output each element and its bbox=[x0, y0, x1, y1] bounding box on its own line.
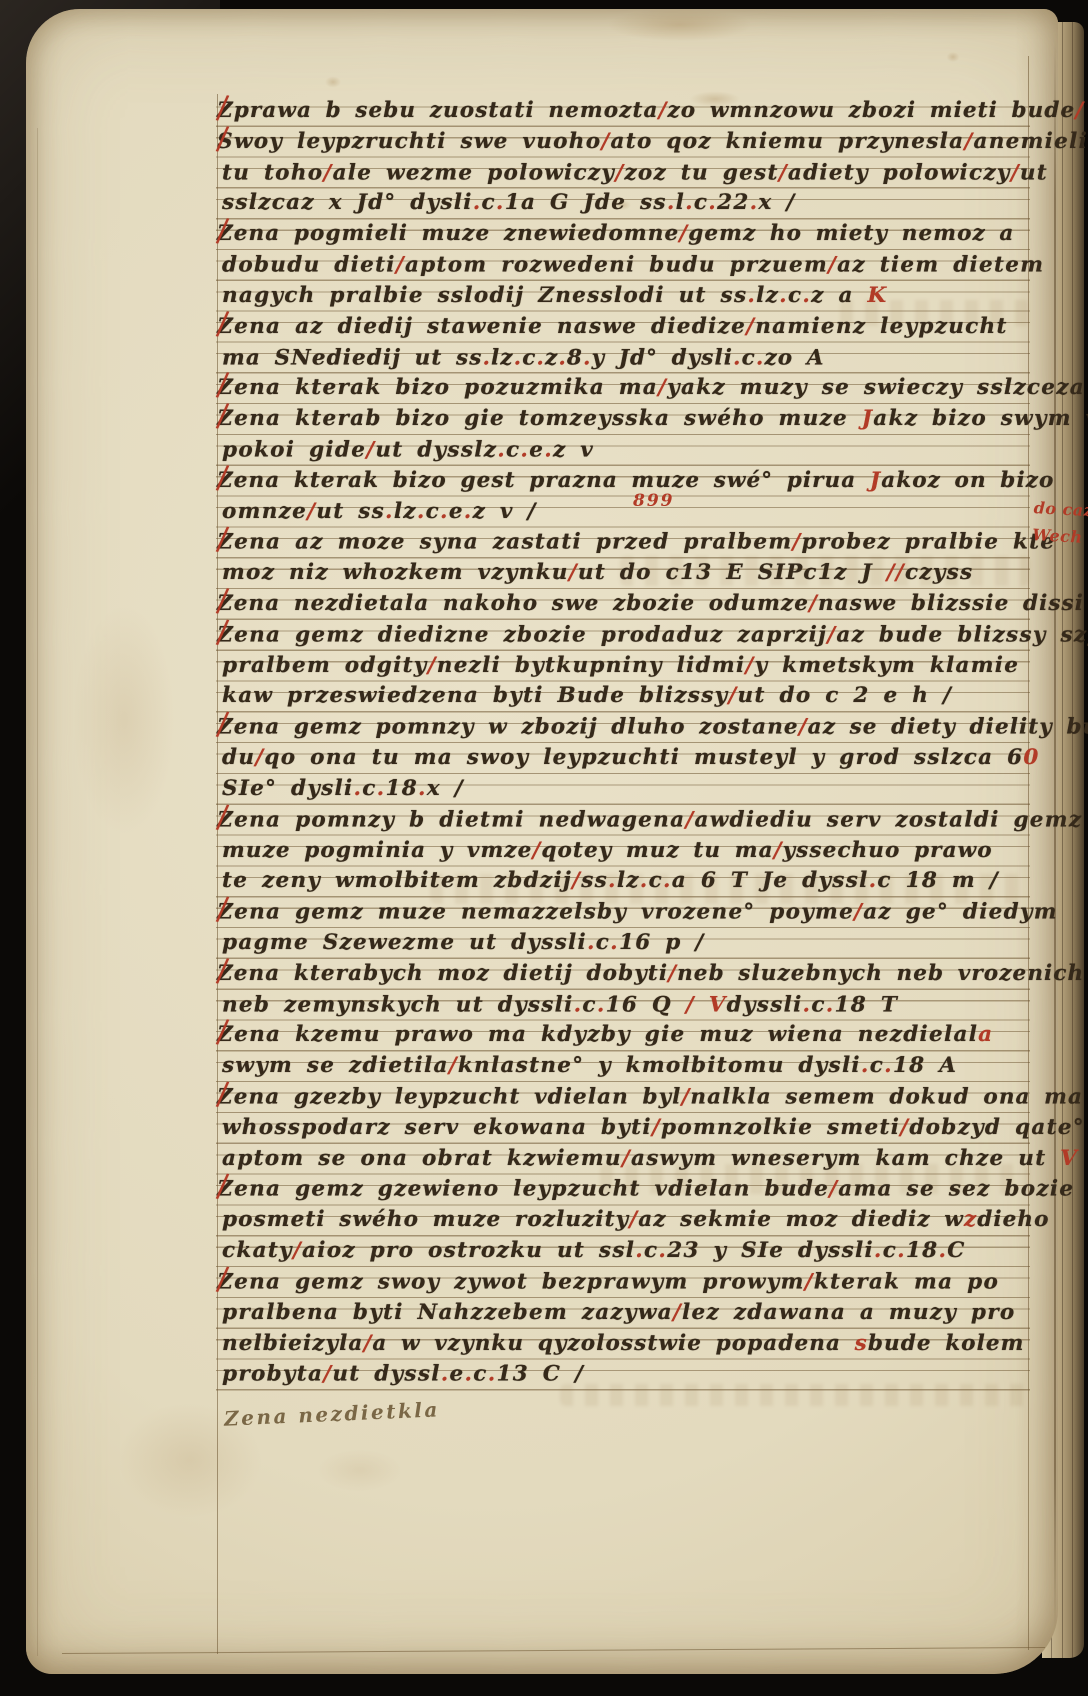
rubric-mark: / bbox=[964, 129, 973, 154]
rubric-mark: . bbox=[635, 1238, 644, 1263]
marginal-note: do cazd Wech bbox=[1032, 494, 1088, 552]
rubric-mark: . bbox=[496, 190, 505, 215]
rubric-mark: . bbox=[520, 437, 529, 462]
rubric-mark: . bbox=[544, 437, 553, 462]
rubric-mark: . bbox=[861, 1053, 870, 1078]
text-line: whosspodarz serv ekowana byti/pomnzolkie… bbox=[222, 1113, 1038, 1144]
text-line: pagme Szewezme ut dyssli.c.16 p / bbox=[222, 928, 1038, 959]
rubric-mark: / bbox=[658, 375, 667, 400]
text-line: ckaty/aioz pro ostrozku ut ssl.c.23 y SI… bbox=[222, 1236, 1038, 1267]
text-line: swym se zdietila/knlastne° y kmolbitomu … bbox=[222, 1051, 1038, 1082]
rubric-mark: / bbox=[799, 715, 808, 740]
rubric-mark: . bbox=[465, 1362, 474, 1387]
rubric-mark: / bbox=[900, 1115, 909, 1140]
rubric-mark: / bbox=[366, 437, 375, 462]
rubric-mark: / bbox=[572, 868, 581, 893]
text-line: kaw przeswiedzena byti Bude blizssy/ut d… bbox=[222, 681, 1038, 712]
rubric-mark: / bbox=[809, 591, 818, 616]
rubric-mark: . bbox=[869, 868, 878, 893]
rubric-mark: / bbox=[363, 1331, 372, 1356]
stain bbox=[580, 2, 780, 48]
rubric-mark: / bbox=[449, 1053, 458, 1078]
rubric-mark: . bbox=[473, 190, 482, 215]
rubric-mark: / bbox=[601, 129, 610, 154]
rubric-mark: . bbox=[756, 345, 765, 370]
rubric-mark: . bbox=[779, 283, 788, 308]
rubric-mark: / bbox=[854, 900, 863, 925]
rubric-mark: / bbox=[615, 160, 624, 185]
rubric-mark: . bbox=[884, 1053, 893, 1078]
rubric-mark: / bbox=[569, 560, 578, 585]
rubric-mark: / bbox=[1011, 160, 1020, 185]
rubric-mark: . bbox=[440, 499, 449, 524]
text-line: /Zena az moze syna zastati przed pralbem… bbox=[222, 528, 1038, 559]
rubric-mark: . bbox=[667, 190, 676, 215]
rubric-mark: . bbox=[514, 345, 523, 370]
rubric-mark: . bbox=[802, 283, 811, 308]
rubric-mark: . bbox=[597, 992, 606, 1017]
text-line: /Swoy leypzruchti swe vuoho/ato qoz knie… bbox=[222, 127, 1038, 158]
text-line: posmeti swého muze rozluzity/az sekmie m… bbox=[222, 1205, 1038, 1236]
text-line: probyta/ut dyssl.e.c.13 C / bbox=[222, 1360, 1038, 1391]
rubric-mark: . bbox=[574, 992, 583, 1017]
text-line: /Zena gemz pomnzy w zbozij dluho zostane… bbox=[222, 713, 1038, 744]
rubric-mark: . bbox=[418, 776, 427, 801]
text-line: tu toho/ale wezme polowiczy/zoz tu gest/… bbox=[222, 158, 1038, 189]
stain bbox=[944, 50, 962, 64]
rubric-mark: / bbox=[828, 252, 837, 277]
rubric-mark: / bbox=[779, 160, 788, 185]
rubric-mark: J bbox=[862, 406, 873, 431]
text-line: /Zena pomnzy b dietmi nedwagena/awdiediu… bbox=[222, 805, 1038, 836]
page-edge-streak bbox=[1072, 22, 1073, 1658]
rubric-mark: / bbox=[668, 961, 677, 986]
marginal-note-line2: Wech bbox=[1032, 521, 1088, 552]
rubric-mark: . bbox=[488, 1362, 497, 1387]
text-line: pokoi gide/ut dysslz.c.e.z v bbox=[222, 435, 1038, 466]
rubric-mark: . bbox=[497, 437, 506, 462]
rubric-mark: . bbox=[610, 930, 619, 955]
text-line: du/qo ona tu ma swoy leypzuchti musteyl … bbox=[222, 743, 1038, 774]
rubric-mark: / bbox=[686, 992, 695, 1017]
rubric-mark: / bbox=[827, 622, 836, 647]
marginal-note-line1: do cazd bbox=[1033, 494, 1088, 525]
rubric-mark: / bbox=[307, 499, 316, 524]
text-line: /Zena kterak bizo gest prazna muze swé° … bbox=[222, 466, 1038, 497]
text-line: SIe° dysli.c.18.x / bbox=[222, 774, 1038, 805]
rubric-mark: . bbox=[663, 868, 672, 893]
rubric-mark: s bbox=[855, 1331, 868, 1356]
rubric-mark: J bbox=[870, 468, 881, 493]
text-line: /Zena az diedij stawenie naswe diedize/n… bbox=[222, 312, 1038, 343]
rubric-mark: 0 bbox=[1023, 745, 1039, 770]
rubric-mark: / bbox=[396, 252, 405, 277]
text-line: /Zena pogmieli muze znewiedomne/gemz ho … bbox=[222, 219, 1038, 250]
stain bbox=[90, 1380, 290, 1540]
rubric-mark: . bbox=[897, 1238, 906, 1263]
rubric-mark: K bbox=[867, 283, 887, 308]
page-crease bbox=[1054, 40, 1056, 1630]
rubric-mark: . bbox=[558, 345, 567, 370]
rubric-mark: . bbox=[377, 776, 386, 801]
rubric-mark: / bbox=[728, 683, 737, 708]
text-line: te zeny wmolbitem zbdzij/ss.lz.c.a 6 T J… bbox=[222, 866, 1038, 897]
rubric-mark: a bbox=[978, 1022, 993, 1047]
rubric-mark: . bbox=[938, 1238, 947, 1263]
stain bbox=[54, 560, 194, 880]
rubric-mark: V bbox=[709, 992, 727, 1017]
rubric-mark: . bbox=[441, 1362, 450, 1387]
rubric-mark: . bbox=[608, 868, 617, 893]
rubric-mark: . bbox=[353, 776, 362, 801]
text-line: neb zemynskych ut dyssli.c.16 Q / Vdyssl… bbox=[222, 990, 1038, 1021]
text-line: /Zena gzezby leypzucht vdielan byl/nalkl… bbox=[222, 1082, 1038, 1113]
text-line: pralbem odgity/nezli bytkupniny lidmi/y … bbox=[222, 651, 1038, 682]
rubric-mark: / bbox=[685, 807, 694, 832]
rubric-mark: / bbox=[792, 530, 801, 555]
text-line: ma SNediedij ut ss.lz.c.z.8.y Jd° dysli.… bbox=[222, 343, 1038, 374]
rubric-mark: / bbox=[659, 98, 668, 123]
rubric-mark: . bbox=[747, 283, 756, 308]
page-edge-streak bbox=[1062, 22, 1063, 1658]
text-line: dobudu dieti/aptom rozwedeni budu przuem… bbox=[222, 250, 1038, 281]
text-line: /Zena gemz swoy zywot bezprawym prowym/k… bbox=[222, 1267, 1038, 1298]
rubric-mark: . bbox=[658, 1238, 667, 1263]
rubric-mark: . bbox=[750, 190, 759, 215]
interlinear-number: 899 bbox=[633, 491, 675, 511]
rubric-mark: . bbox=[583, 345, 592, 370]
rubric-mark: V bbox=[1060, 1146, 1078, 1171]
text-line: /Zena kterabych moz dietij dobyti/neb sl… bbox=[222, 959, 1038, 990]
text-line: muze pogminia y vmze/qotey muz tu ma/yss… bbox=[222, 836, 1038, 867]
rubric-mark: . bbox=[803, 992, 812, 1017]
rubric-mark: . bbox=[708, 190, 717, 215]
rubric-mark: / bbox=[428, 653, 437, 678]
rubric-mark: / bbox=[1075, 98, 1084, 123]
text-block: /Zprawa b sebu zuostati nemozta/zo wmnzo… bbox=[222, 96, 1038, 1390]
rubric-mark: / bbox=[532, 838, 541, 863]
text-line: moz niz whozkem vzynku/ut do c13 E SIPc1… bbox=[222, 558, 1038, 589]
rubric-mark: . bbox=[385, 499, 394, 524]
rubric-mark: / bbox=[293, 1238, 302, 1263]
rubric-mark: / bbox=[323, 160, 332, 185]
rubric-mark: . bbox=[640, 868, 649, 893]
rubric-mark: . bbox=[733, 345, 742, 370]
rubric-mark: . bbox=[874, 1238, 883, 1263]
rubric-mark: / bbox=[805, 1269, 814, 1294]
text-line: aptom se ona obrat kzwiemu/aswym wnesery… bbox=[222, 1144, 1038, 1175]
text-line: /Zena gemz gzewieno leypzucht vdielan bu… bbox=[222, 1175, 1038, 1206]
rubric-mark: / bbox=[673, 1300, 682, 1325]
rubric-mark: / bbox=[652, 1115, 661, 1140]
text-line: omnze/ut ss.lz.c.e.z v / bbox=[222, 497, 1038, 528]
text-line: pralbena byti Nahzzebem zazywa/lez zdawa… bbox=[222, 1298, 1038, 1329]
rubric-mark: / bbox=[679, 221, 688, 246]
manuscript-photo: { "manuscript": { "colors": { "ink": "#3… bbox=[0, 0, 1088, 1696]
rubric-mark: . bbox=[464, 499, 473, 524]
rubric-mark: / bbox=[323, 1362, 332, 1387]
text-line: sslzcaz x Jd° dysli.c.1a G Jde ss.l.c.22… bbox=[222, 188, 1038, 219]
rubric-mark: // bbox=[887, 560, 905, 585]
rubric-mark: / bbox=[681, 1084, 690, 1109]
text-line: nagych pralbie sslodij Znesslodi ut ss.l… bbox=[222, 281, 1038, 312]
text-line: /Zena gemz muze nemazzelsby vrozene° poy… bbox=[222, 898, 1038, 929]
rubric-mark: . bbox=[482, 345, 491, 370]
rubric-mark: / bbox=[829, 1177, 838, 1202]
text-line: /Zena kterab bizo gie tomzeysska swého m… bbox=[222, 404, 1038, 435]
stain bbox=[300, 1440, 420, 1500]
rubric-mark: . bbox=[685, 190, 694, 215]
margin-rule-left bbox=[37, 128, 38, 1656]
rubric-mark: / bbox=[745, 653, 754, 678]
stain bbox=[322, 74, 344, 90]
rubric-mark: / bbox=[774, 838, 783, 863]
rubric-mark: / bbox=[622, 1146, 631, 1171]
rubric-mark: / bbox=[746, 314, 755, 339]
text-line: /Zena gemz diedizne zbozie prodaduz zapr… bbox=[222, 620, 1038, 651]
text-line: /Zena nezdietala nakoho swe zbozie odumz… bbox=[222, 589, 1038, 620]
rubric-mark: . bbox=[826, 992, 835, 1017]
text-line: /Zena kterak bizo pozuzmika ma/yakz muzy… bbox=[222, 373, 1038, 404]
rubric-mark: . bbox=[587, 930, 596, 955]
rubric-mark: / bbox=[255, 745, 264, 770]
text-line: nelbieizyla/a w vzynku qyzolosstwie popa… bbox=[222, 1329, 1038, 1360]
rubric-mark: z bbox=[964, 1207, 977, 1232]
rubric-mark: / bbox=[629, 1207, 638, 1232]
rubric-mark: . bbox=[417, 499, 426, 524]
rubric-mark: . bbox=[536, 345, 545, 370]
text-line: /Zprawa b sebu zuostati nemozta/zo wmnzo… bbox=[222, 96, 1038, 127]
text-line: /Zena kzemu prawo ma kdyzby gie muz wien… bbox=[222, 1020, 1038, 1051]
